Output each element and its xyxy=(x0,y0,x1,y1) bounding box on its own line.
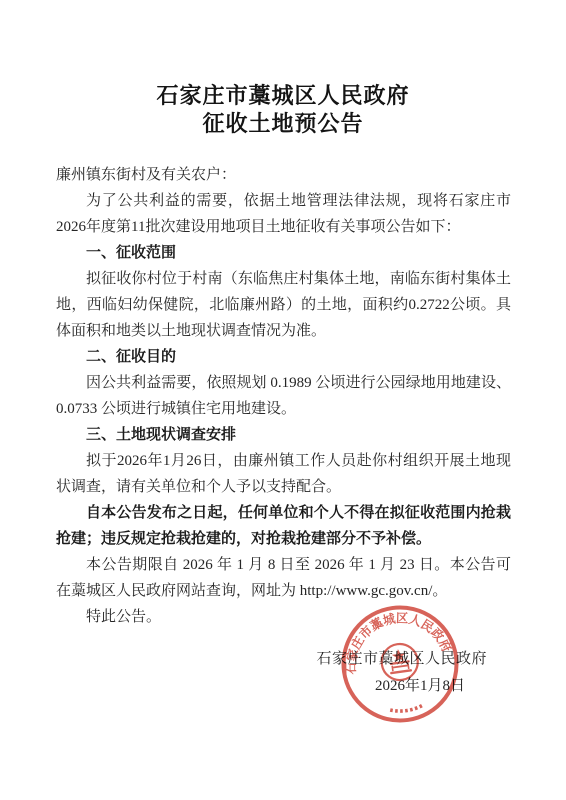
section-1-paragraph: 拟征收你村位于村南（东临焦庄村集体土地，南临东街村集体土地，西临妇幼保健院，北临… xyxy=(56,266,511,344)
document-title: 石家庄市藁城区人民政府 征收土地预公告 xyxy=(0,82,566,138)
section-2-paragraph: 因公共利益需要，依照规划 0.1989 公顷进行公园绿地用地建设、0.0733 … xyxy=(56,370,511,422)
validity-paragraph: 本公告期限自 2026 年 1 月 8 日至 2026 年 1 月 23 日。本… xyxy=(56,552,511,604)
section-3-paragraph: 拟于2026年1月26日，由廉州镇工作人员赴你村组织开展土地现状调查，请有关单位… xyxy=(56,448,511,500)
section-1-heading: 一、征收范围 xyxy=(56,240,511,266)
closing-line: 特此公告。 xyxy=(56,604,511,630)
announcement-page: 石家庄市藁城区人民政府 征收土地预公告 廉州镇东街村及有关农户： 为了公共利益的… xyxy=(0,0,566,800)
issuer-signature: 石家庄市藁城区人民政府 xyxy=(56,646,511,673)
intro-paragraph: 为了公共利益的需要，依据土地管理法律法规，现将石家庄市2026年度第11批次建设… xyxy=(56,188,511,240)
document-body: 廉州镇东街村及有关农户： 为了公共利益的需要，依据土地管理法律法规，现将石家庄市… xyxy=(0,162,566,700)
warning-paragraph: 自本公告发布之日起，任何单位和个人不得在拟征收范围内抢栽抢建；违反规定抢栽抢建的… xyxy=(56,500,511,552)
section-3-heading: 三、土地现状调查安排 xyxy=(56,422,511,448)
section-2-heading: 二、征收目的 xyxy=(56,344,511,370)
seal-bottom-microtext xyxy=(390,706,422,713)
title-line-issuer: 石家庄市藁城区人民政府 xyxy=(0,82,566,110)
issue-date: 2026年1月8日 xyxy=(56,673,511,700)
salutation: 廉州镇东街村及有关农户： xyxy=(56,162,511,188)
title-line-subject: 征收土地预公告 xyxy=(0,110,566,138)
